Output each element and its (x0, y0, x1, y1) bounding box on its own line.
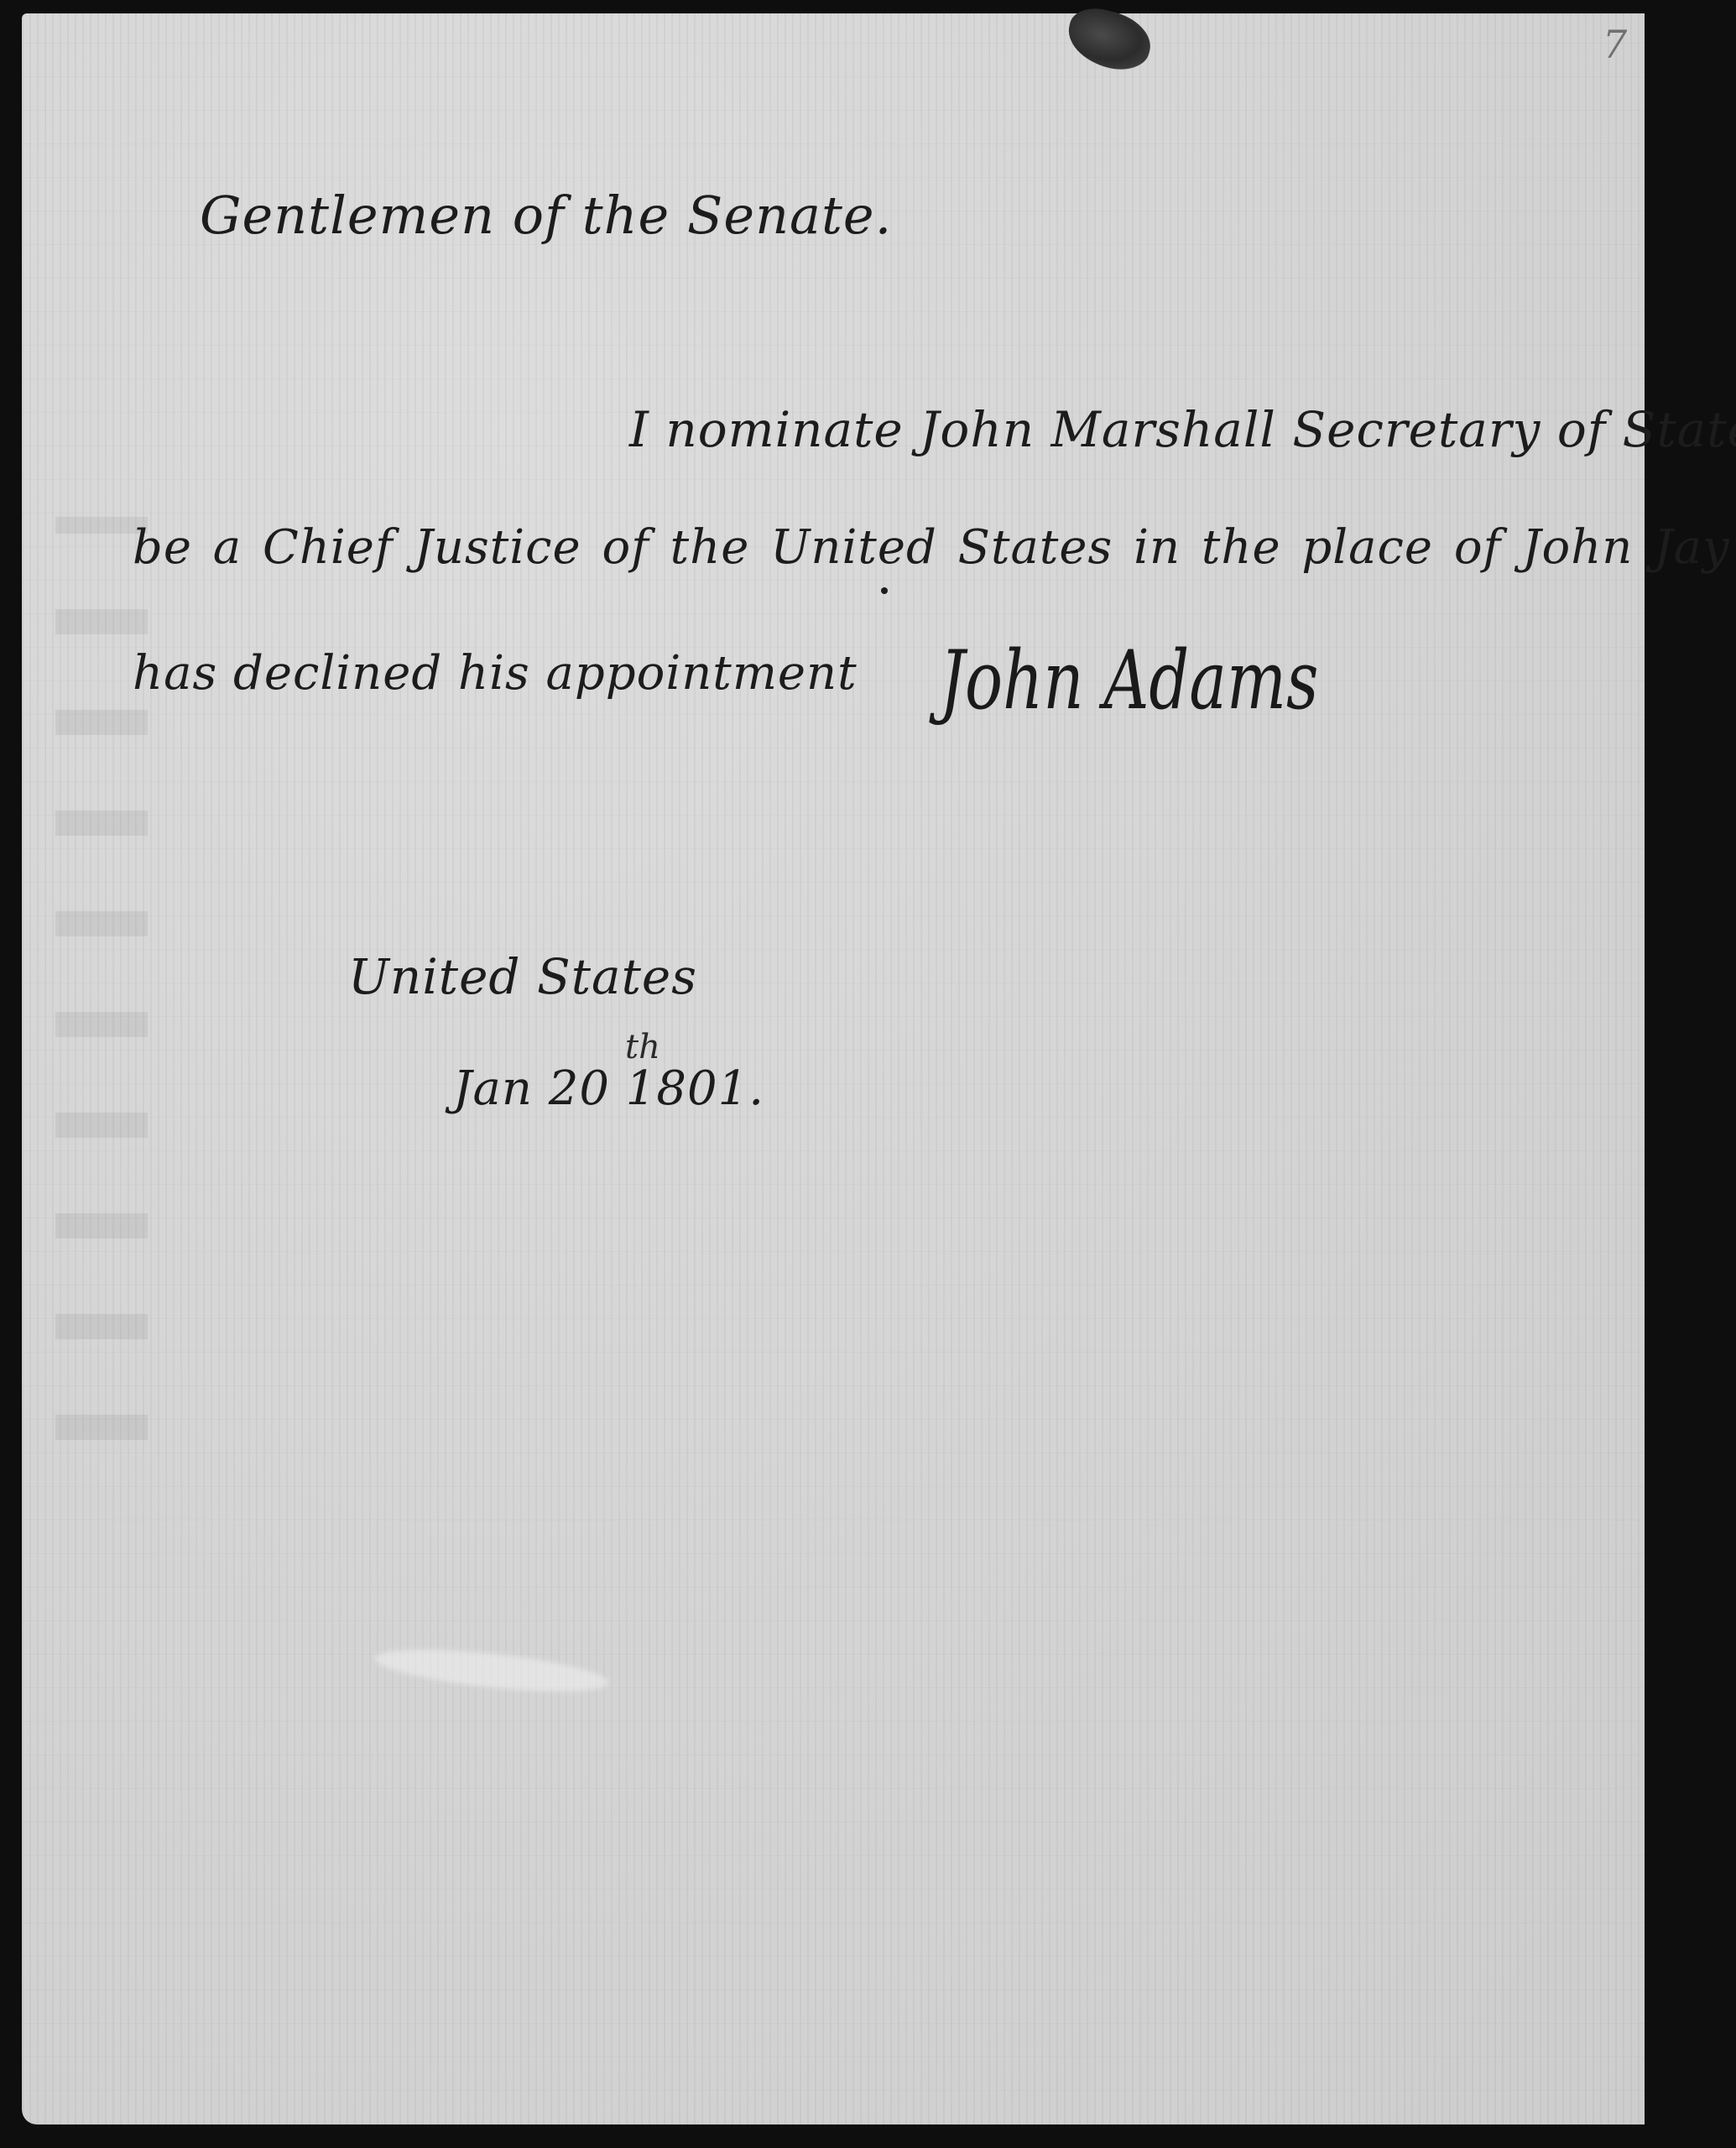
paper-smudge (373, 1641, 611, 1699)
signature: John Adams (940, 633, 1318, 727)
salutation: Gentlemen of the Senate. (200, 185, 892, 246)
document-page (22, 13, 1645, 2125)
folio-number: 7 (1603, 22, 1627, 67)
body-line-1: I nominate John Marshall Secretary of St… (629, 401, 1736, 458)
body-line-2: be a Chief Justice of the United States … (133, 520, 1736, 575)
body-line-3: has declined his appointment (133, 646, 858, 701)
date-line: Jan 20 1801. (453, 1061, 764, 1116)
ink-dot (881, 587, 888, 594)
place-line: United States (348, 948, 697, 1005)
